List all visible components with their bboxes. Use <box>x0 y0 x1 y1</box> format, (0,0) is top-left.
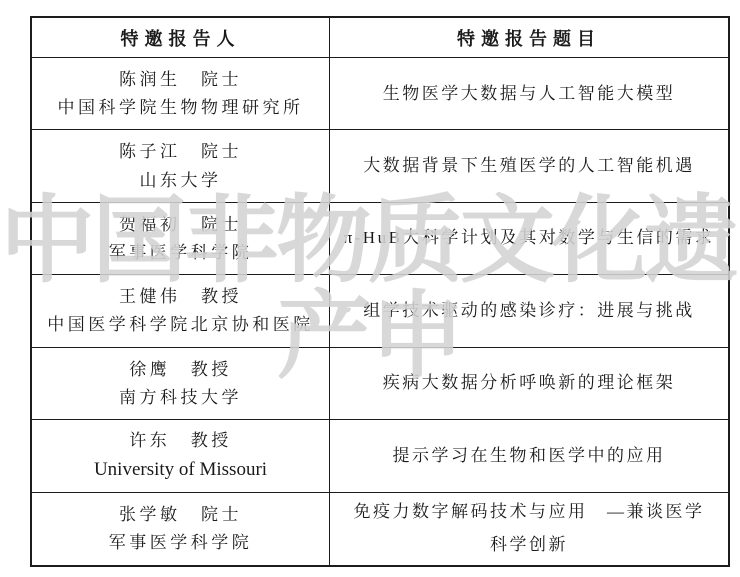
speaker-name: 王健伟 教授 <box>119 286 242 307</box>
speaker-affiliation: 山东大学 <box>140 170 222 191</box>
speaker-name: 徐鹰 教授 <box>129 359 232 380</box>
speaker-affiliation: 南方科技大学 <box>119 387 242 408</box>
table-row-title: 组学技术驱动的感染诊疗：进展与挑战 <box>330 275 728 347</box>
speaker-name: 陈润生 院士 <box>119 69 242 90</box>
talk-title: π-HuB大科学计划及其对数学与生信的需求 <box>344 222 715 254</box>
header-speaker-column: 特邀报告人 <box>32 18 330 58</box>
table-row-title: π-HuB大科学计划及其对数学与生信的需求 <box>330 203 728 275</box>
invited-speakers-table: 特邀报告人 特邀报告题目 陈润生 院士 中国科学院生物物理研究所 生物医学大数据… <box>30 16 730 567</box>
talk-title: 生物医学大数据与人工智能大模型 <box>383 78 676 110</box>
talk-title: 疾病大数据分析呼唤新的理论框架 <box>383 367 676 399</box>
table-row-speaker: 陈子江 院士 山东大学 <box>32 130 330 202</box>
speaker-affiliation: 军事医学科学院 <box>109 532 253 553</box>
document-page: 特邀报告人 特邀报告题目 陈润生 院士 中国科学院生物物理研究所 生物医学大数据… <box>0 0 740 577</box>
table-row-speaker: 陈润生 院士 中国科学院生物物理研究所 <box>32 58 330 130</box>
table-row-speaker: 张学敏 院士 军事医学科学院 <box>32 493 330 565</box>
table-row-speaker: 贺福初 院士 军事医学科学院 <box>32 203 330 275</box>
speaker-affiliation: University of Missouri <box>94 458 267 482</box>
speaker-name: 贺福初 院士 <box>119 214 242 235</box>
table-row-speaker: 徐鹰 教授 南方科技大学 <box>32 348 330 420</box>
table-row-title: 大数据背景下生殖医学的人工智能机遇 <box>330 130 728 202</box>
speaker-affiliation: 军事医学科学院 <box>109 242 253 263</box>
talk-title: 免疫力数字解码技术与应用 —兼谈医学 <box>354 496 705 528</box>
speaker-name: 张学敏 院士 <box>119 504 242 525</box>
table-row-title: 提示学习在生物和医学中的应用 <box>330 420 728 492</box>
table-row-title: 疾病大数据分析呼唤新的理论框架 <box>330 348 728 420</box>
talk-title-continued: 科学创新 <box>490 529 568 561</box>
speaker-affiliation: 中国科学院生物物理研究所 <box>58 97 304 118</box>
talk-title: 大数据背景下生殖医学的人工智能机遇 <box>363 150 695 182</box>
table-row-title: 生物医学大数据与人工智能大模型 <box>330 58 728 130</box>
speaker-name: 陈子江 院士 <box>119 141 242 162</box>
header-title-label: 特邀报告题目 <box>457 25 601 51</box>
table-row-speaker: 许东 教授 University of Missouri <box>32 420 330 492</box>
table-row-title: 免疫力数字解码技术与应用 —兼谈医学 科学创新 <box>330 493 728 565</box>
table-row-speaker: 王健伟 教授 中国医学科学院北京协和医院 <box>32 275 330 347</box>
header-title-column: 特邀报告题目 <box>330 18 728 58</box>
talk-title: 组学技术驱动的感染诊疗：进展与挑战 <box>363 295 695 327</box>
speaker-name: 许东 教授 <box>129 430 232 451</box>
header-speaker-label: 特邀报告人 <box>121 25 241 51</box>
speaker-affiliation: 中国医学科学院北京协和医院 <box>47 314 314 335</box>
talk-title: 提示学习在生物和医学中的应用 <box>393 440 666 472</box>
